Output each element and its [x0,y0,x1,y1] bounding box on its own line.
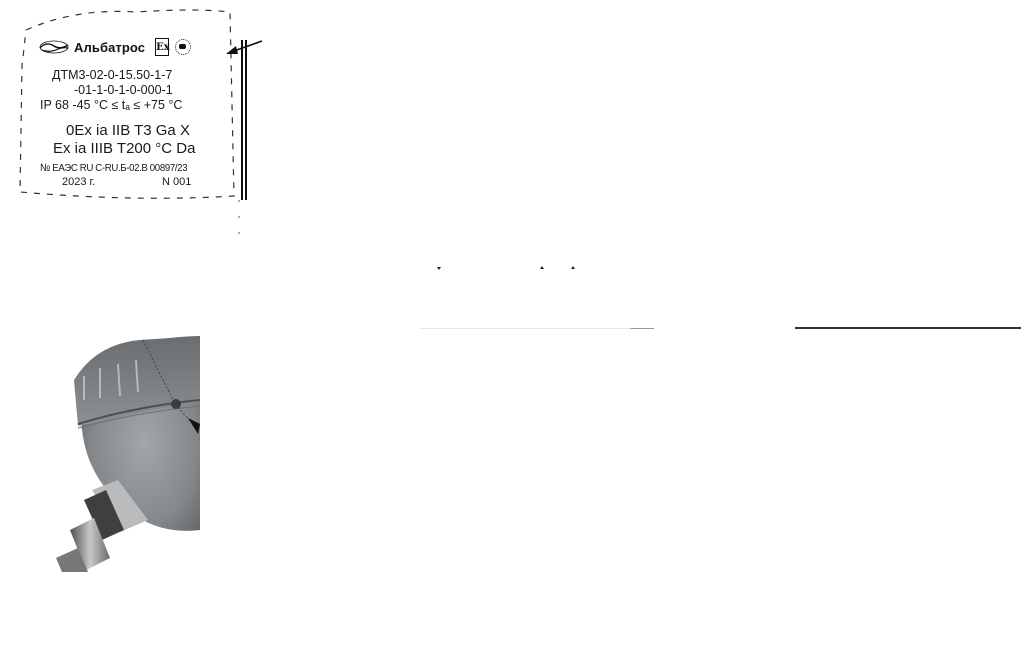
divider-bar [245,40,247,200]
ip-temperature-range: IP 68 -45 °C ≤ tₐ ≤ +75 °C [40,98,182,112]
certificate-number: № ЕАЭС RU C-RU.Б-02.В 00897/23 [40,162,187,174]
serial-number: N 001 [162,176,191,188]
ex-explosion-proof-icon: Ex [155,38,169,56]
marker-down-icon [437,267,441,270]
model-code-line-1: ДТМ3-02-0-15.50-1-7 [52,68,172,82]
device-photo [48,330,200,572]
brand-row: Альбатрос Ex [38,38,191,56]
rule-segment [630,328,654,329]
marker-up-icon [571,266,575,269]
dotted-mark [238,200,240,240]
albatross-logo-icon [38,39,70,55]
faint-rule [420,328,630,329]
seal-mark-icon [175,39,191,55]
marker-up-icon [540,266,544,269]
brand-name: Альбатрос [74,40,145,55]
arrow-icon [224,38,264,58]
model-code-line-2: -01-1-0-1-0-000-1 [74,83,173,97]
nameplate-label: Альбатрос Ex ДТМ3-02-0-15.50-1-7 -01-1-0… [16,6,240,202]
ex-marking-gas: 0Ex ia IIB T3 Ga X [66,122,190,139]
ex-marking-dust: Ex ia IIIB T200 °C Da [53,140,195,157]
manufacture-year: 2023 г. [62,176,95,188]
divider-bar [241,40,243,200]
dark-rule [795,327,1021,329]
